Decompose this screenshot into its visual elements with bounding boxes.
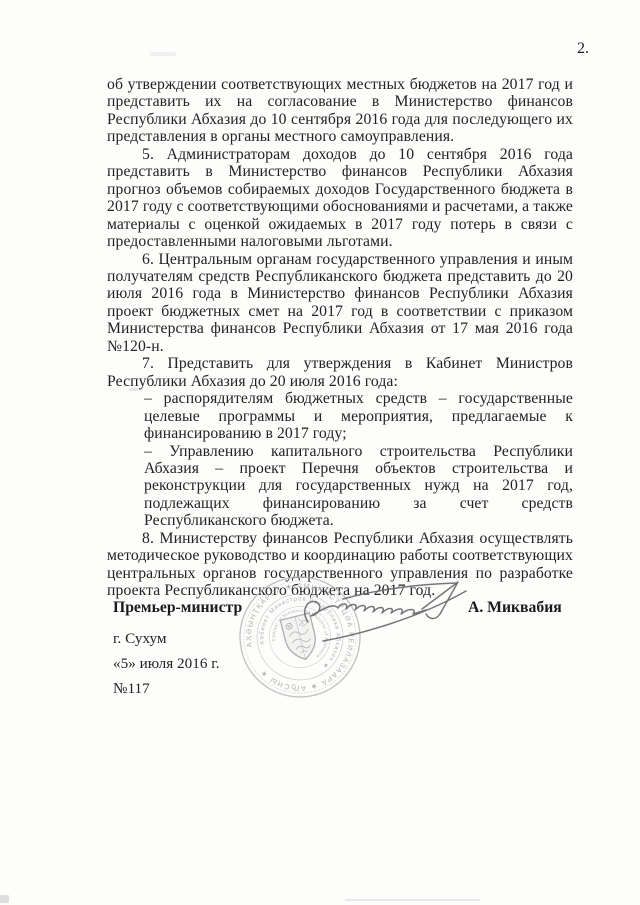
paragraph-continuation: об утверждении соответствующих местных б…	[107, 76, 573, 146]
document-number: №117	[113, 680, 150, 698]
svg-text:Cabinet of Ministers of Republ: Cabinet of Ministers of Republic of Abkh…	[265, 602, 335, 670]
paragraph-item-6: 6. Центральным органам государственного …	[107, 251, 573, 356]
scan-artifact	[0, 895, 9, 903]
svg-text:Кабинет Министров Республики А: Кабинет Министров Республики Абхазия ★	[251, 588, 349, 684]
stamp-inner-ring-text: Cabinet of Ministers of Republic of Abkh…	[265, 602, 335, 670]
paragraph-item-8: 8. Министерству финансов Республики Абха…	[107, 530, 573, 600]
bullet-item: – распорядителям бюджетных средств – гос…	[144, 390, 573, 442]
stamp-inner-border	[263, 600, 337, 674]
stamp-shield-emblem	[280, 613, 320, 663]
page-number: 2.	[577, 40, 589, 58]
paragraph-item-5: 5. Администраторам доходов до 10 сентябр…	[107, 146, 573, 251]
document-page: 2. об утверждении соответствующих местны…	[0, 0, 640, 905]
document-body: об утверждении соответствующих местных б…	[107, 76, 573, 600]
scan-artifact	[345, 899, 480, 901]
signature-city: г. Сухум	[113, 630, 166, 648]
stamp-middle-ring-text: Кабинет Министров Республики Абхазия ★	[251, 588, 349, 684]
signer-name: А. Миквабия	[468, 599, 562, 617]
stamp-middle-border	[248, 585, 352, 689]
signature-date: «5» июля 2016 г.	[113, 655, 220, 673]
paragraph-item-7: 7. Представить для утверждения в Кабинет…	[107, 355, 573, 390]
scan-artifact	[150, 52, 176, 56]
signer-title: Премьер-министр	[113, 599, 242, 617]
bullet-list: – распорядителям бюджетных средств – гос…	[144, 390, 573, 530]
bullet-item: – Управлению капитального строительства …	[144, 443, 573, 530]
signature-scribble-stroke	[305, 602, 426, 622]
